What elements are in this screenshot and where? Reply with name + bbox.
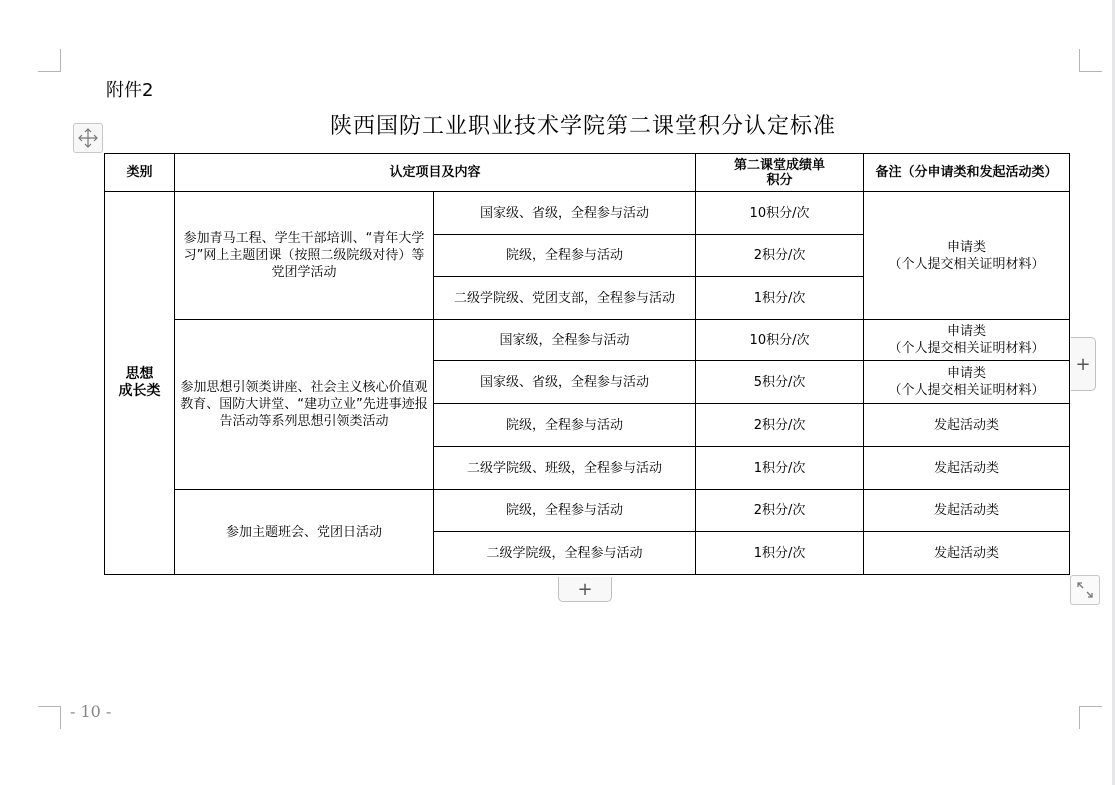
remark-cell: 发起活动类 [864, 447, 1070, 490]
score-cell: 2积分/次 [696, 404, 864, 447]
score-cell: 5积分/次 [696, 361, 864, 404]
header-remarks: 备注（分申请类和发起活动类） [864, 154, 1070, 192]
add-column-button[interactable]: + [1071, 337, 1096, 391]
score-cell: 10积分/次 [696, 192, 864, 235]
project-cell: 参加思想引领类讲座、社会主义核心价值观教育、国防大讲堂、“建功立业”先进事迹报告… [175, 320, 434, 490]
score-cell: 2积分/次 [696, 235, 864, 277]
header-project: 认定项目及内容 [175, 154, 696, 192]
score-cell: 2积分/次 [696, 490, 864, 532]
level-cell: 国家级、省级，全程参与活动 [434, 361, 696, 404]
move-arrows-icon [77, 127, 99, 149]
table-resize-handle[interactable] [1070, 575, 1100, 605]
level-cell: 二级学院级、班级，全程参与活动 [434, 447, 696, 490]
table-row: 思想成长类 参加青马工程、学生干部培训、“青年大学习”网上主题团课（按照二级院级… [105, 192, 1070, 235]
score-cell: 1积分/次 [696, 277, 864, 320]
remark-type: 申请类 [868, 239, 1065, 256]
table-header-row: 类别 认定项目及内容 第二课堂成绩单积分 备注（分申请类和发起活动类） [105, 154, 1070, 192]
credit-standards-table: 类别 认定项目及内容 第二课堂成绩单积分 备注（分申请类和发起活动类） 思想成长… [104, 153, 1070, 575]
level-cell: 国家级，全程参与活动 [434, 320, 696, 361]
remark-note: （个人提交相关证明材料） [868, 382, 1065, 399]
remark-cell: 发起活动类 [864, 532, 1070, 575]
margin-corner-mark-top-left [38, 49, 61, 72]
level-cell: 国家级、省级，全程参与活动 [434, 192, 696, 235]
level-cell: 院级，全程参与活动 [434, 235, 696, 277]
margin-corner-mark-bottom-left [38, 706, 61, 729]
remark-cell: 发起活动类 [864, 490, 1070, 532]
remark-type: 申请类 [868, 365, 1065, 382]
remark-note: （个人提交相关证明材料） [868, 340, 1065, 357]
remark-note: （个人提交相关证明材料） [868, 256, 1065, 273]
plus-icon: + [577, 579, 592, 600]
header-category: 类别 [105, 154, 175, 192]
score-cell: 1积分/次 [696, 532, 864, 575]
level-cell: 二级学院级、党团支部，全程参与活动 [434, 277, 696, 320]
margin-corner-mark-top-right [1079, 49, 1102, 72]
attachment-label: 附件2 [106, 76, 153, 102]
level-cell: 院级，全程参与活动 [434, 490, 696, 532]
remark-type: 申请类 [868, 323, 1065, 340]
table-row: 参加主题班会、党团日活动 院级，全程参与活动 2积分/次 发起活动类 [105, 490, 1070, 532]
score-cell: 1积分/次 [696, 447, 864, 490]
score-cell: 10积分/次 [696, 320, 864, 361]
plus-icon: + [1075, 354, 1090, 375]
margin-corner-mark-bottom-right [1079, 706, 1102, 729]
header-score: 第二课堂成绩单积分 [696, 154, 864, 192]
remark-cell: 申请类 （个人提交相关证明材料） [864, 361, 1070, 404]
resize-diagonal-icon [1075, 580, 1095, 600]
table-row: 参加思想引领类讲座、社会主义核心价值观教育、国防大讲堂、“建功立业”先进事迹报告… [105, 320, 1070, 361]
remark-cell: 申请类 （个人提交相关证明材料） [864, 192, 1070, 320]
category-cell: 思想成长类 [105, 192, 175, 575]
remark-cell: 申请类 （个人提交相关证明材料） [864, 320, 1070, 361]
page-number: - 10 - [70, 702, 111, 721]
add-row-button[interactable]: + [558, 577, 612, 602]
level-cell: 二级学院级，全程参与活动 [434, 532, 696, 575]
project-cell: 参加主题班会、党团日活动 [175, 490, 434, 575]
project-cell: 参加青马工程、学生干部培训、“青年大学习”网上主题团课（按照二级院级对待）等党团… [175, 192, 434, 320]
table-move-handle[interactable] [73, 123, 103, 153]
level-cell: 院级，全程参与活动 [434, 404, 696, 447]
remark-cell: 发起活动类 [864, 404, 1070, 447]
document-title: 陕西国防工业职业技术学院第二课堂积分认定标准 [330, 109, 836, 140]
